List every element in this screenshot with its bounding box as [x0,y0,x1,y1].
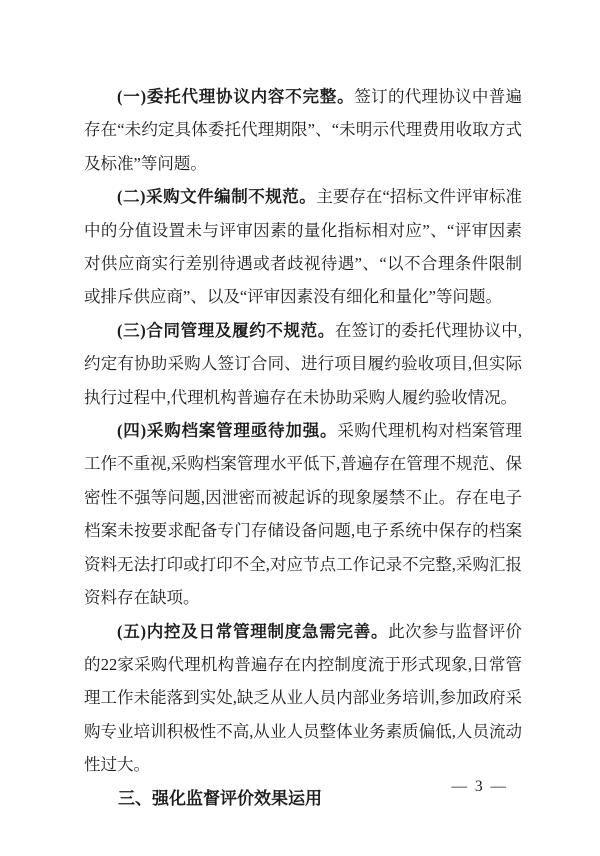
paragraph-4-body: 采购代理机构对档案管理工作不重视,采购档案管理水平低下,普遍存在管理不规范、保密… [84,421,522,607]
paragraph-5-body: 此次参与监督评价的22家采购代理机构普遍存在内控制度流于形式现象,日常管理工作未… [84,622,522,775]
document-page: (一)委托代理协议内容不完整。签订的代理协议中普遍存在“未约定具体委托代理期限”… [0,0,600,856]
paragraph-2-lead: (二)采购文件编制不规范。 [117,187,316,206]
page-number: — 3 — [452,778,509,796]
paragraph-3: (三)合同管理及履约不规范。在签订的委托代理协议中,约定有协助采购人签订合同、进… [84,314,522,414]
paragraph-5-lead: (五)内控及日常管理制度急需完善。 [117,622,388,641]
paragraph-1-lead: (一)委托代理协议内容不完整。 [117,87,354,106]
paragraph-3-lead: (三)合同管理及履约不规范。 [117,321,335,340]
paragraph-4-lead: (四)采购档案管理亟待加强。 [117,421,337,440]
paragraph-5: (五)内控及日常管理制度急需完善。此次参与监督评价的22家采购代理机构普遍存在内… [84,615,522,782]
paragraph-4: (四)采购档案管理亟待加强。采购代理机构对档案管理工作不重视,采购档案管理水平低… [84,414,522,614]
document-body: (一)委托代理协议内容不完整。签订的代理协议中普遍存在“未约定具体委托代理期限”… [84,80,522,815]
paragraph-2: (二)采购文件编制不规范。主要存在“招标文件评审标准中的分值设置未与评审因素的量… [84,180,522,314]
paragraph-1: (一)委托代理协议内容不完整。签订的代理协议中普遍存在“未约定具体委托代理期限”… [84,80,522,180]
